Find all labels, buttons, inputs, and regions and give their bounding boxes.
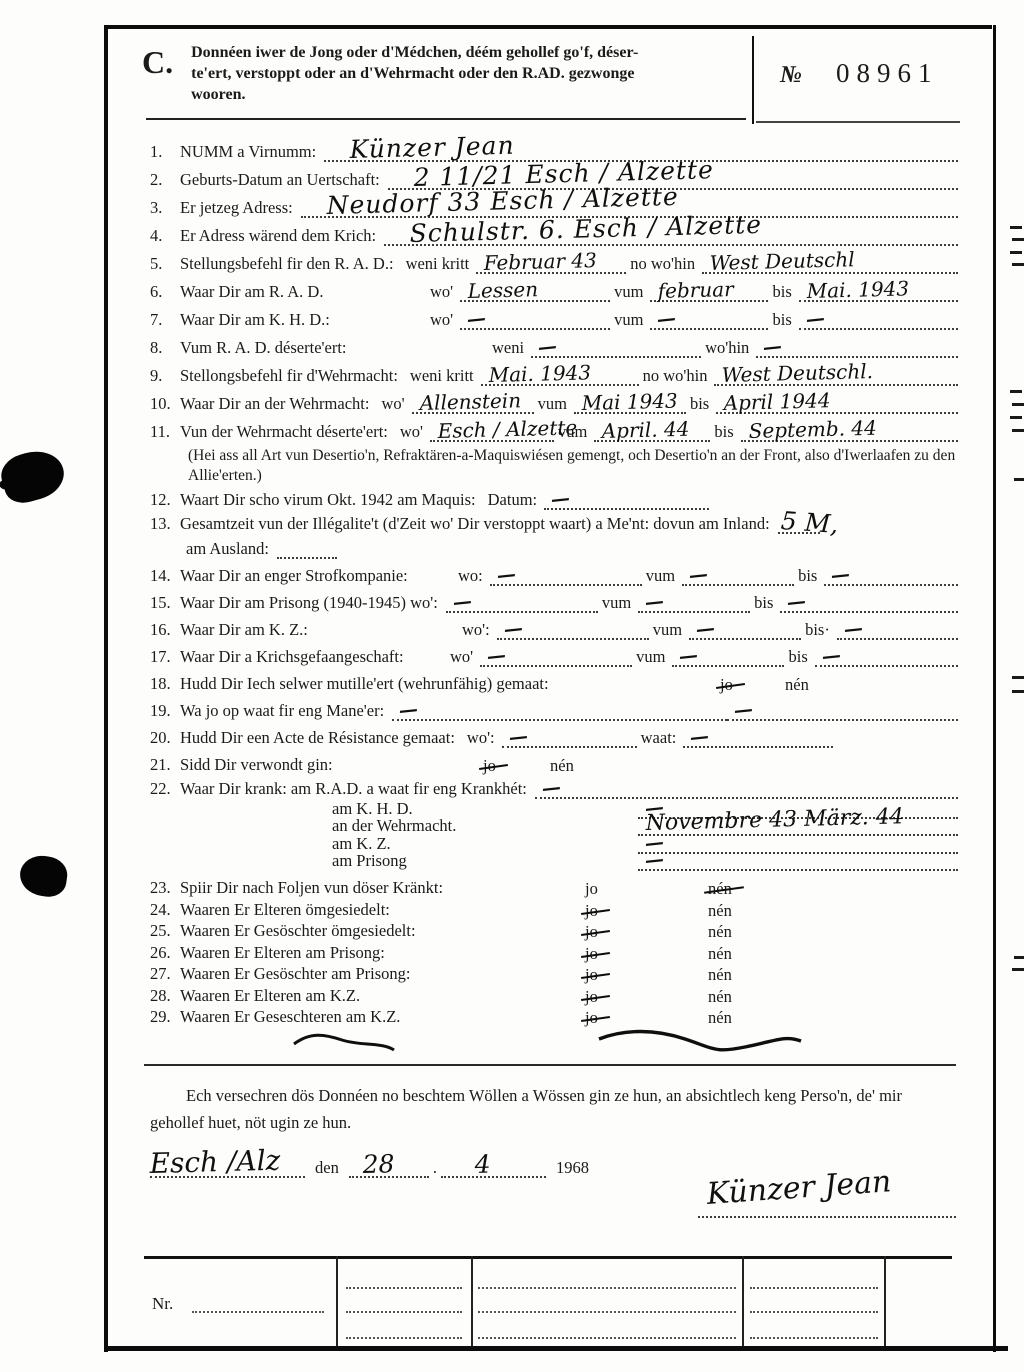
scan-edge-mark: [1012, 968, 1024, 971]
handwritten-dash: —: [644, 848, 664, 872]
scan-edge-mark: [1010, 226, 1022, 229]
answer-field: April. 44: [594, 434, 710, 442]
handwritten-answer: Februar 43: [484, 248, 598, 275]
field-prelabel: vum: [610, 282, 650, 302]
question-label: Waaren Er Elteren am K.Z.: [180, 986, 368, 1006]
nen-option: nén: [785, 675, 809, 695]
handwritten-month: 4: [474, 1150, 491, 1179]
question-label: Vum R. A. D. déserte'ert:: [180, 338, 488, 358]
handwritten-dash: —: [537, 335, 557, 359]
question-number: 24.: [150, 900, 180, 920]
handwritten-answer: Mai. 1943: [488, 360, 591, 387]
border-right: [993, 25, 996, 1352]
question-label: Waar Dir a Krichsgefaangeschaft:: [180, 647, 446, 667]
answer-field: —: [683, 740, 833, 748]
handwritten-dash: —: [644, 590, 664, 614]
footer-dotted-field: [346, 1337, 462, 1339]
field-prelabel: wo': [426, 310, 460, 330]
answer-field: [277, 551, 337, 559]
question-number: 12.: [150, 490, 180, 510]
pen-squiggle: [290, 1028, 400, 1054]
jo-option: jo: [585, 922, 598, 942]
question-label: Waaren Er Elteren am Prisong:: [180, 943, 393, 963]
question-label: Hudd Dir Iech selwer mutille'ert (wehrun…: [180, 674, 557, 694]
field-prelabel: wo'hin: [701, 338, 756, 358]
question-row: 7.Waar Dir am K. H. D.:wo'—vum—bis—: [150, 306, 958, 334]
answer-field: Mai 1943: [574, 406, 686, 414]
question-label: Geburts-Datum an Uertschaft:: [180, 170, 388, 190]
numero-sign: №: [780, 62, 802, 88]
question-number: 8.: [150, 338, 180, 358]
pen-squiggle: [595, 1025, 805, 1055]
question-number: 16.: [150, 620, 180, 640]
handwritten-dash: —: [678, 644, 698, 668]
form-number-value: 08961: [836, 58, 939, 88]
jo-option: jo: [585, 901, 598, 921]
scan-edge-mark: [1012, 263, 1024, 266]
field-prelabel: weni kritt: [402, 254, 477, 274]
day-field: 28: [349, 1170, 429, 1178]
field-prelabel: wo': [426, 282, 460, 302]
handwritten-dash: —: [804, 307, 824, 331]
border-top: [104, 25, 992, 29]
footer-table-divider: [742, 1256, 744, 1346]
nen-option: nén: [550, 756, 574, 776]
question-number: 10.: [150, 394, 180, 414]
place-field: Esch /Alz: [150, 1170, 305, 1178]
scan-edge-mark: [1012, 403, 1024, 406]
field-prelabel: wo':: [463, 728, 502, 748]
question-number: 5.: [150, 254, 180, 274]
border-left: [104, 25, 108, 1352]
question-row: 15.Waar Dir am Prisong (1940-1945) wo':—…: [150, 590, 958, 617]
answer-field: Mai. 1943: [481, 378, 639, 386]
nr-label: Nr.: [152, 1294, 173, 1314]
scan-edge-mark: [1012, 429, 1024, 432]
question-number: 6.: [150, 282, 180, 302]
header-text-line: wooren.: [191, 84, 751, 105]
answer-field: Esch / Alzette: [430, 434, 554, 442]
answer-field: —: [824, 578, 958, 586]
nen-option: nén: [708, 922, 732, 942]
jo-option: jo: [585, 987, 598, 1007]
handwritten-answer: februar: [658, 277, 735, 303]
handwritten-dash: —: [689, 725, 709, 749]
question-number: 3.: [150, 198, 180, 218]
handwritten-answer: April 1944: [724, 388, 831, 415]
field-prelabel: bis: [750, 593, 780, 613]
answer-field: —: [502, 740, 637, 748]
scan-edge-mark: [1012, 676, 1024, 679]
question-row: 16.Waar Dir am K. Z.:wo':—vum—bis·—: [150, 617, 958, 644]
question-row: 29.Waaren Er Geseschteren am K.Z.jonén: [150, 1010, 958, 1032]
question-row: 17.Waar Dir a Krichsgefaangeschaft:wo'—v…: [150, 644, 958, 671]
question-label: Waar Dir an enger Strofkompanie:: [180, 566, 454, 586]
question-label: Er jetzeg Adress:: [180, 198, 301, 218]
answer-field: —: [544, 502, 709, 510]
field-prelabel: bis: [768, 310, 798, 330]
question-row: 9.Stellongsbefehl fir d'Wehrmacht:weni k…: [150, 362, 958, 390]
answer-field: April 1944: [716, 406, 958, 414]
question-note: (Hei ass all Art vun Desertio'n, Refrakt…: [150, 446, 958, 486]
handwritten-answer: Septemb. 44: [748, 416, 877, 443]
handwritten-dash: —: [695, 617, 715, 641]
question-number: 7.: [150, 310, 180, 330]
question-row: 21.Sidd Dir verwondt gin:jonén: [150, 752, 958, 779]
question-number: 4.: [150, 226, 180, 246]
jo-option: jo: [585, 879, 598, 899]
question-label: NUMM a Virnumm:: [180, 142, 324, 162]
answer-field: —: [497, 632, 649, 640]
answer-field: —: [672, 659, 784, 667]
question-label: Vun der Wehrmacht déserte'ert:: [180, 422, 396, 442]
handwritten-answer: Esch / Alzette: [437, 415, 577, 443]
question-label: Waaren Er Geseschteren am K.Z.: [180, 1007, 408, 1027]
jo-option: jo: [483, 756, 496, 776]
question-row: 4.Er Adress wärend dem Krich:Schulstr. 6…: [150, 222, 958, 250]
answer-field: —: [756, 350, 958, 358]
header-text: Donnéen iwer de Jong oder d'Médchen, déé…: [191, 42, 751, 105]
handwritten-answer: Novembre 43 März. 44: [645, 804, 904, 836]
answer-field: —: [490, 578, 642, 586]
question-number: 28.: [150, 986, 180, 1006]
handwritten-dash: —: [820, 644, 840, 668]
answer-field: West Deutschl: [702, 266, 958, 274]
field-prelabel: Datum:: [484, 490, 545, 510]
footer-dotted-field: [346, 1311, 462, 1313]
answer-field: Allenstein: [412, 406, 534, 414]
question-label: Waar Dir an der Wehrmacht:: [180, 394, 377, 414]
handwritten-answer: Künzer Jean: [349, 131, 515, 164]
question-row: 6.Waar Dir am R. A. D.wo'Lessenvumfebrua…: [150, 278, 958, 306]
handwritten-answer: 5 M,: [780, 506, 839, 539]
field-prelabel: no wo'hin: [626, 254, 702, 274]
handwritten-answer: Lessen: [468, 277, 539, 303]
ink-blot: [0, 444, 69, 507]
question-label: Hudd Dir een Acte de Résistance gemaat:: [180, 728, 463, 748]
footer-dotted-field: [346, 1287, 462, 1289]
question-number: 29.: [150, 1007, 180, 1027]
question-number: 14.: [150, 566, 180, 586]
sub-label: am Prisong: [332, 851, 638, 871]
question-subrow: am Ausland:: [150, 538, 958, 563]
field-prelabel: vum: [534, 394, 574, 414]
footer-dotted-field: [478, 1337, 736, 1339]
questions-list: 1.NUMM a Virnumm:Künzer Jean2.Geburts-Da…: [150, 138, 958, 1031]
answer-field: februar: [650, 294, 768, 302]
question-label: Waart Dir scho virum Okt. 1942 am Maquis…: [180, 490, 484, 510]
field-prelabel: wo': [396, 422, 430, 442]
question-label: Waar Dir am K. Z.:: [180, 620, 458, 640]
nen-option: nén: [708, 965, 732, 985]
field-prelabel: waat:: [637, 728, 684, 748]
question-label: Stellongsbefehl fir d'Wehrmacht:: [180, 366, 406, 386]
header-divider: [752, 36, 754, 124]
field-prelabel: bis: [768, 282, 798, 302]
krank-subrow: am Prisong—: [150, 856, 958, 874]
footer-dotted-field: [192, 1311, 324, 1313]
jo-option: jo: [720, 675, 733, 695]
question-row: 13.Gesamtzeit vun der Illégalite't (d'Ze…: [150, 514, 958, 538]
answer-field: Februar 43: [476, 266, 626, 274]
answer-field: Mai. 1943: [799, 294, 958, 302]
question-row: 11.Vun der Wehrmacht déserte'ert:wo'Esch…: [150, 418, 958, 446]
field-prelabel: weni: [488, 338, 531, 358]
den-label: den: [305, 1158, 349, 1178]
year-label: 1968: [546, 1158, 599, 1178]
handwritten-dash: —: [733, 698, 753, 722]
question-number: 17.: [150, 647, 180, 667]
field-prelabel: vum: [649, 620, 689, 640]
footer-dotted-field: [750, 1311, 878, 1313]
question-number: 23.: [150, 878, 180, 898]
scan-edge-mark: [1010, 251, 1022, 254]
answer-field: —: [638, 846, 958, 854]
question-row: 18.Hudd Dir Iech selwer mutille'ert (weh…: [150, 671, 958, 698]
answer-field: Septemb. 44: [741, 434, 958, 442]
question-number: 15.: [150, 593, 180, 613]
field-prelabel: vum: [598, 593, 638, 613]
handwritten-answer: West Deutschl: [709, 247, 855, 275]
question-row: 5.Stellungsbefehl fir den R. A. D.:weni …: [150, 250, 958, 278]
question-label: Stellungsbefehl fir den R. A. D.:: [180, 254, 402, 274]
question-number: 13.: [150, 514, 180, 534]
field-prelabel: bis: [710, 422, 740, 442]
scan-edge-mark: [1010, 416, 1022, 419]
footer-table-divider: [884, 1256, 886, 1346]
question-label: Waar Dir krank: am R.A.D. a waat fir eng…: [180, 779, 535, 799]
question-label: Waar Dir am Prisong (1940-1945) wo':: [180, 593, 446, 613]
handwritten-dash: —: [541, 776, 561, 800]
handwritten-dash: —: [762, 335, 782, 359]
question-label: Waaren Er Elteren ömgesiedelt:: [180, 900, 398, 920]
answer-field: Lessen: [460, 294, 610, 302]
answer-field: —: [480, 659, 632, 667]
form-number: №08961: [780, 58, 938, 89]
handwritten-dash: —: [507, 725, 527, 749]
signature-block: Künzer Jean: [698, 1160, 958, 1218]
field-prelabel: wo':: [458, 620, 497, 640]
nen-option: nén: [708, 879, 732, 899]
handwritten-answer: Allenstein: [419, 388, 521, 415]
answer-field: —: [446, 605, 598, 613]
question-number: 20.: [150, 728, 180, 748]
date-separator: .: [429, 1158, 441, 1178]
nen-option: nén: [708, 901, 732, 921]
handwritten-dash: —: [452, 590, 472, 614]
question-label: Er Adress wärend dem Krich:: [180, 226, 384, 246]
scan-edge-mark: [1012, 238, 1024, 241]
scan-edge-mark: [1010, 390, 1022, 393]
field-prelabel: wo:: [454, 566, 490, 586]
handwritten-place: Esch /Alz: [149, 1144, 281, 1180]
field-prelabel: wo': [446, 647, 480, 667]
handwritten-answer: April. 44: [602, 417, 690, 443]
handwritten-dash: —: [843, 617, 863, 641]
field-prelabel: vum: [610, 310, 650, 330]
question-number: 2.: [150, 170, 180, 190]
handwritten-day: 28: [362, 1149, 395, 1179]
declaration-text: Ech versechren dös Donnéen no beschtem W…: [150, 1082, 952, 1136]
question-label: Spiir Dir nach Foljen vun döser Kränkt:: [180, 878, 451, 898]
question-label: Waar Dir am R. A. D.: [180, 282, 426, 302]
handwritten-dash: —: [486, 644, 506, 668]
question-number: 18.: [150, 674, 180, 694]
answer-field: Novembre 43 März. 44: [638, 828, 958, 836]
question-number: 1.: [150, 142, 180, 162]
field-prelabel: bis: [686, 394, 716, 414]
question-row: 19.Wa jo op waat fir eng Mane'er:——: [150, 698, 958, 725]
footer-table-bottom-line: [104, 1346, 1008, 1351]
handwritten-dash: —: [398, 698, 418, 722]
question-number: 21.: [150, 755, 180, 775]
field-prelabel: vum: [632, 647, 672, 667]
question-row: 10.Waar Dir an der Wehrmacht:wo'Allenste…: [150, 390, 958, 418]
nen-option: nén: [708, 944, 732, 964]
sub-label: am Ausland:: [186, 539, 277, 559]
section-separator-line: [144, 1064, 956, 1066]
question-row: 20.Hudd Dir een Acte de Résistance gemaa…: [150, 725, 958, 752]
question-row: 8.Vum R. A. D. déserte'ert:weni—wo'hin—: [150, 334, 958, 362]
answer-field: —: [689, 632, 801, 640]
answer-field: —: [638, 605, 750, 613]
question-label: Waaren Er Gesöschter ömgesiedelt:: [180, 921, 424, 941]
form-header: C. Donnéen iwer de Jong oder d'Médchen, …: [120, 42, 990, 105]
handwritten-dash: —: [786, 590, 806, 614]
header-text-line: te'ert, verstoppt oder an d'Wehrmacht od…: [191, 63, 751, 84]
answer-field: —: [727, 713, 958, 721]
footer-dotted-field: [478, 1311, 736, 1313]
field-prelabel: bis: [794, 566, 824, 586]
field-prelabel: bis: [784, 647, 814, 667]
date-line: Esch /Alz den 28 . 4 1968: [150, 1132, 710, 1178]
handwritten-dash: —: [656, 307, 676, 331]
question-number: 11.: [150, 422, 180, 442]
scanned-form-page: C. Donnéen iwer de Jong oder d'Médchen, …: [0, 0, 1024, 1372]
question-label: Wa jo op waat fir eng Mane'er:: [180, 701, 392, 721]
field-prelabel: vum: [642, 566, 682, 586]
footer-dotted-field: [750, 1337, 878, 1339]
answer-field: Schulstr. 6. Esch / Alzette: [384, 238, 958, 246]
handwritten-dash: —: [830, 563, 850, 587]
header-text-line: Donnéen iwer de Jong oder d'Médchen, déé…: [191, 42, 751, 63]
handwritten-dash: —: [495, 563, 515, 587]
answer-field: —: [392, 713, 727, 721]
answer-field: 5 M,: [778, 526, 820, 534]
answer-field: —: [460, 322, 610, 330]
answer-field: —: [682, 578, 794, 586]
question-number: 26.: [150, 943, 180, 963]
footer-dotted-field: [478, 1287, 736, 1289]
footer-table-top-line: [144, 1256, 952, 1259]
answer-field: —: [638, 863, 958, 871]
question-number: 9.: [150, 366, 180, 386]
answer-field: —: [650, 322, 768, 330]
answer-field: West Deutschl.: [714, 378, 958, 386]
answer-field: —: [837, 632, 958, 640]
question-label: Waar Dir am K. H. D.:: [180, 310, 426, 330]
scan-edge-mark: [1014, 956, 1024, 959]
question-number: 22.: [150, 779, 180, 799]
field-prelabel: wo': [377, 394, 411, 414]
jo-option: jo: [585, 965, 598, 985]
header-underline: [146, 118, 746, 120]
question-number: 25.: [150, 921, 180, 941]
footer-table-divider: [471, 1256, 473, 1346]
field-prelabel: weni kritt: [406, 366, 481, 386]
handwritten-dash: —: [502, 617, 522, 641]
scan-edge-mark: [1014, 478, 1024, 481]
question-label: Gesamtzeit vun der Illégalite't (d'Zeit …: [180, 514, 778, 534]
question-number: 19.: [150, 701, 180, 721]
answer-field: —: [531, 350, 701, 358]
handwritten-dash: —: [550, 487, 570, 511]
field-prelabel: bis·: [801, 620, 837, 640]
answer-field: —: [799, 322, 958, 330]
handwritten-signature: Künzer Jean: [706, 1164, 893, 1212]
jo-option: jo: [585, 944, 598, 964]
section-letter: C.: [142, 44, 173, 105]
handwritten-dash: —: [466, 307, 486, 331]
handwritten-answer: Mai. 1943: [806, 276, 909, 303]
header-underline: [756, 121, 960, 123]
footer-table-divider: [336, 1256, 338, 1346]
question-label: Waaren Er Gesöschter am Prisong:: [180, 964, 419, 984]
signature-line: [698, 1210, 956, 1218]
month-field: 4: [441, 1170, 546, 1178]
footer-dotted-field: [750, 1287, 878, 1289]
handwritten-dash: —: [688, 563, 708, 587]
ink-blot: [17, 853, 69, 899]
question-number: 27.: [150, 964, 180, 984]
field-prelabel: no wo'hin: [639, 366, 715, 386]
scan-edge-mark: [1012, 690, 1024, 693]
question-label: Sidd Dir verwondt gin:: [180, 755, 341, 775]
nen-option: nén: [708, 987, 732, 1007]
answer-field: —: [780, 605, 958, 613]
question-row: 14.Waar Dir an enger Strofkompanie:wo:—v…: [150, 563, 958, 590]
handwritten-answer: West Deutschl.: [722, 359, 874, 387]
answer-field: —: [815, 659, 958, 667]
handwritten-answer: Mai 1943: [581, 388, 678, 415]
